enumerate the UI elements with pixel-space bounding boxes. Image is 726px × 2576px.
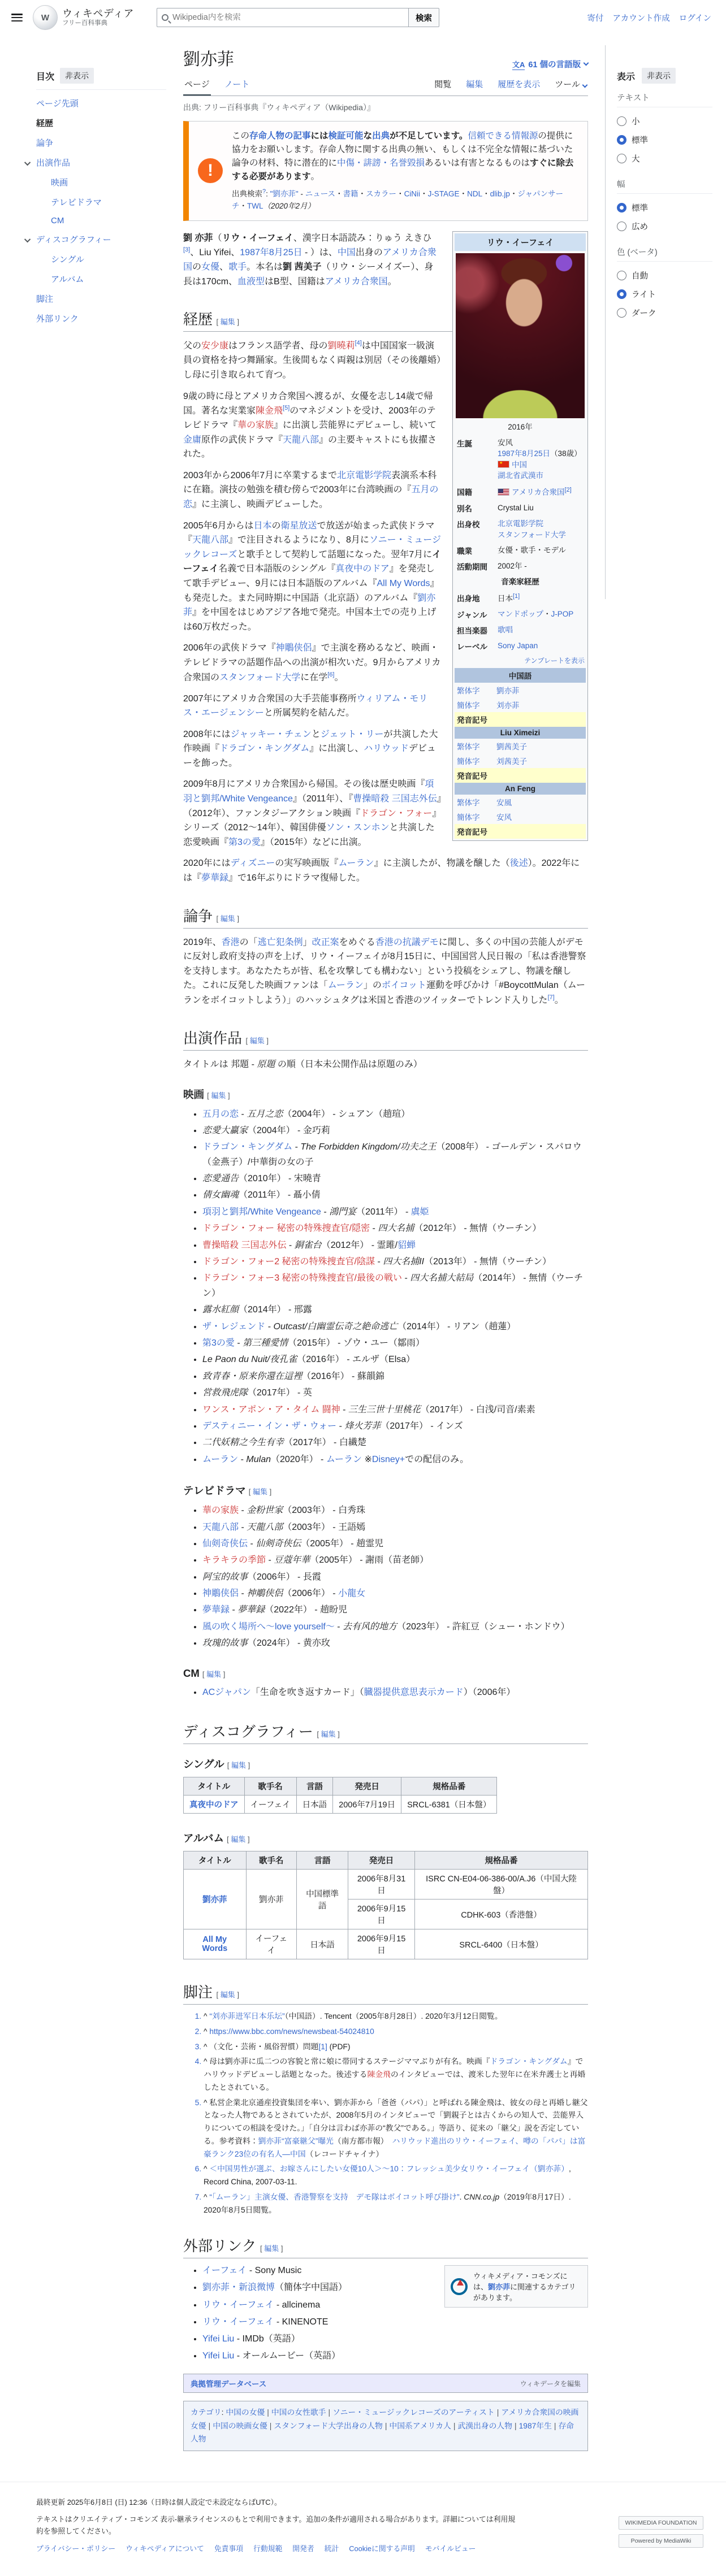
radio-button-icon[interactable] [617,271,626,280]
red-link[interactable]: 安少康 [201,341,228,351]
link[interactable]: 信頼できる情報源 [468,131,538,141]
link[interactable]: 改正案 [312,938,339,947]
infobox-label: 別名 [455,500,496,516]
user-links: 寄付 アカウント作成 ログイン [587,12,711,24]
edit-section-link[interactable]: 編集 [321,1730,336,1738]
section-heading-works: 出演作品 [ 編集 ] [183,1014,588,1051]
infobox-title: リウ・イーフェイ [455,233,586,251]
ref-marker[interactable]: [1] [513,593,520,600]
text: - [230,1605,237,1615]
toc-item-CM[interactable]: CM [36,212,166,229]
radio-option-標準[interactable]: 標準 [617,131,712,149]
infobox-value: 2002年 - [496,558,586,574]
link[interactable]: アメリカ合衆国 [512,488,565,497]
list-item: 恋愛通告（2010年） - 宋曉青 [202,1172,588,1186]
category-link[interactable]: 1987年生 [519,2422,552,2430]
text: 豆蔻年華 [274,1555,310,1565]
radio-button-icon[interactable] [617,289,626,299]
search-bar: 検索 [157,8,439,27]
toc-link[interactable]: 外部リンク [36,314,79,324]
link[interactable]: ムーラン [338,858,374,868]
tab-tools[interactable]: ツール [554,73,588,96]
toc-item-ページ先頭[interactable]: ページ先頭 [36,93,166,113]
link[interactable]: ザ・レジェンド [202,1322,265,1332]
article-tabs: ページ ノート 閲覧 編集 履歴を表示 ツール [183,73,588,96]
toc-link[interactable]: 映画 [51,178,68,188]
category-link[interactable]: 中国系アメリカ人 [389,2422,451,2430]
tab-history[interactable]: 履歴を表示 [496,73,541,96]
link[interactable]: 後述 [510,858,528,868]
edit-section-link[interactable]: 編集 [231,1835,245,1844]
infobox-value: Sony Japan [496,638,586,654]
text: - allcinema [274,2300,320,2310]
edit-section-link[interactable]: 編集 [221,914,235,923]
puzzle-globe-icon: W [33,5,58,30]
toc-link[interactable]: ディスコグラフィー [36,235,111,245]
red-link[interactable]: ワンス・アポン・ア・タイム 闘神 [202,1405,340,1415]
link[interactable]: スタンフォード大学 [498,531,566,539]
red-link[interactable]: ドラゴン・フォー2 秘密の特殊捜査官/陰謀 [202,1257,375,1267]
text: - [336,1421,344,1431]
link[interactable]: 仙剣奇侠伝 [202,1539,248,1549]
appearance-hide-button[interactable]: 非表示 [642,68,676,84]
link[interactable]: 日本 [254,521,272,531]
link[interactable]: 中国 [512,461,527,469]
link[interactable]: 風の吹く場所へ〜love yourself〜 [202,1622,335,1632]
link[interactable]: 小龍女 [338,1589,365,1598]
photo-caption: 2016年 [455,419,586,435]
link[interactable]: 出典 [372,131,390,141]
list-item: ドラゴン・キングダム - The Forbidden Kingdom/功夫之王（… [202,1140,588,1170]
separator: | [326,2408,332,2417]
link[interactable]: “「ムーラン」主演女優、香港警察を支持 デモ隊はボイコット呼び掛け” [209,2193,459,2201]
text: CNN.co.jp [464,2193,499,2201]
link[interactable]: Yifei Liu [202,2334,234,2344]
link[interactable]: 繁体字 [457,796,496,808]
radio-button-icon[interactable] [617,308,626,318]
toc-link[interactable]: テレビドラマ [51,198,102,207]
toc-link[interactable]: ページ先頭 [36,99,79,109]
link[interactable]: ムーラン [202,1455,238,1464]
toc-item-脚注[interactable]: 脚注 [36,289,166,309]
infobox-value: 安风1987年8月25日（38歳）中国湖北省武漢市 [496,435,586,484]
ref-marker[interactable]: [3] [183,246,190,253]
radio-option-自動[interactable]: 自動 [617,266,712,285]
link[interactable]: ACジャパン [202,1688,251,1697]
edit-section-link[interactable]: 編集 [206,1670,221,1679]
text: ・ [240,202,248,210]
link[interactable]: ドラゴン・キングダム [219,744,309,753]
link[interactable]: 香港の抗議デモ [375,938,439,947]
footer-link[interactable]: 統計 [325,2544,339,2553]
radio-button-icon[interactable] [617,154,626,163]
link[interactable]: ボイコット [382,981,426,990]
wikimedia-foundation-badge[interactable]: WIKIMEDIA FOUNDATION [619,2516,703,2530]
link[interactable]: リウ・イーフェイ [202,2317,274,2327]
link[interactable]: 繁体字 [457,740,496,752]
link[interactable]: 中傷・誹謗・名誉毀損 [337,158,425,168]
text: 2007年にアメリカ合衆国の大手芸能事務所 [183,694,356,704]
ref-marker[interactable]: [7] [548,994,555,1001]
tab-read[interactable]: 閲覧 [433,73,452,96]
link[interactable]: 項羽と劉邦/White Vengeance [202,1207,321,1217]
link[interactable]: 検証可能 [329,131,364,141]
link[interactable]: 曹操暗殺 三国志外伝 [353,794,437,804]
tab-page[interactable]: ページ [183,73,211,96]
toc-link[interactable]: 出演作品 [36,158,70,168]
toc-item-アルバム[interactable]: アルバム [36,269,166,289]
portrait-photo[interactable] [456,253,585,418]
text: （2017年） - 白浅/司音/素素 [421,1405,535,1415]
footer-link[interactable]: 行動規範 [253,2544,282,2553]
album-title-link[interactable]: 劉亦菲 [184,1870,247,1929]
hamburger-menu-icon[interactable] [11,14,23,21]
commons-box: ウィキメディア・コモンズには、劉亦菲に関連するカテゴリがあります。 [444,2265,588,2308]
singles-table: タイトル歌手名言語発売日規格品番 真夜中のドア イーフェイ 日本語 2006年7… [183,1777,497,1814]
link[interactable]: 簡体字 [457,699,496,710]
chevron-down-icon[interactable] [24,159,31,166]
link[interactable]: 北京電影学院 [498,519,543,528]
wikidata-edit-link[interactable]: ウィキデータを編集 [520,2379,581,2388]
donate-link[interactable]: 寄付 [587,12,603,24]
link[interactable]: J-STAGE [428,190,460,198]
footer-link[interactable]: プライバシー・ポリシー [36,2544,115,2553]
link[interactable]: 劉亦菲“富豪継父”曝光 [258,2137,334,2145]
red-link[interactable]: 陳金飛 [256,406,283,415]
link[interactable]: ディズニー [231,858,275,868]
categories-link[interactable]: カテゴリ [191,2408,222,2417]
link[interactable]: ソン・スンホン [326,823,390,832]
list-item: 阿宝的故事（2006年） - 長霞 [202,1570,588,1585]
album-title-link[interactable]: All My Words [184,1929,247,1959]
toc-item-テレビドラマ[interactable]: テレビドラマ [36,192,166,212]
text: - [238,1455,246,1464]
link[interactable]: 血液型 [237,277,265,287]
list-item: ^ “刘亦菲进军日本乐坛”（中国語）. Tencent（2005年8月28日）.… [204,2010,588,2023]
ref-marker[interactable]: [5] [283,405,289,411]
link[interactable]: 真夜中のドア [335,564,390,574]
text: 仙剣奇侠伝 [256,1539,301,1549]
radio-button-icon[interactable] [617,116,626,126]
infobox-label: 出身校 [455,516,496,543]
single-title-link[interactable]: 真夜中のドア [184,1796,245,1814]
link[interactable]: アメリカ合衆国 [325,277,388,287]
footer-link[interactable]: Cookieに関する声明 [349,2544,415,2553]
text: ^ [204,2193,209,2201]
text: 二代妖精之今生有幸 [202,1438,284,1447]
radio-option-小[interactable]: 小 [617,112,712,131]
radio-option-標準[interactable]: 標準 [617,198,712,217]
create-account-link[interactable]: アカウント作成 [612,12,669,24]
text: はB型、国籍は [265,277,325,287]
text: と所属契約を結んだ。 [264,708,355,718]
link[interactable]: 歌唱 [498,626,513,634]
link[interactable]: ニュース [305,190,335,198]
footer-link[interactable]: 開発者 [292,2544,314,2553]
red-link[interactable]: ドラゴン・フォー3 秘密の特殊捜査官/最後の戦い [202,1273,402,1283]
text: 五月之恋 [247,1109,283,1119]
edit-section-link[interactable]: 編集 [221,1990,235,1999]
link[interactable]: 書籍 [343,190,358,198]
link[interactable]: [1] [318,2042,327,2051]
link[interactable]: "劉亦菲" [270,190,299,198]
radio-option-広め[interactable]: 広め [617,217,712,236]
edit-section-link[interactable]: 編集 [231,1761,246,1770]
link[interactable]: ジェット・リー [321,730,384,739]
link[interactable]: 1987年 [240,248,269,258]
search-input[interactable] [172,13,404,22]
text: 名義で日本語版のシングル『 [218,564,335,574]
langbox-row: 繁体字安風 [455,795,586,809]
link[interactable]: 簡体字 [457,755,496,766]
radio-button-icon[interactable] [617,222,626,231]
infobox-row: 出身地日本[1] [455,590,586,606]
link[interactable]: 天龍八部 [192,535,228,545]
toc-link[interactable]: アルバム [51,275,84,284]
link[interactable]: All My Words [377,579,430,588]
toc-item-出演作品[interactable]: 出演作品 [36,153,166,172]
langbox-row: 簡体字刘茜美子 [455,753,586,768]
toc-hide-button[interactable]: 非表示 [60,68,94,84]
list-item: 第3の愛 - 第三種愛情（2015年） - ゾウ・ユー（鄒雨） [202,1336,588,1351]
link[interactable]: 歌手 [228,262,247,272]
list-item: ACジャパン「生命を吹き返すカード」（臓器提供意思表示カード）（2006年） [202,1685,588,1700]
phonetic-row: 発音記号 [455,768,586,783]
list-item: 恋愛大贏家（2004年） - 金巧莉 [202,1124,588,1138]
link[interactable]: 中国 [338,248,356,258]
appearance-group: 幅標準広め [617,178,712,236]
toc-item-映画[interactable]: 映画 [36,172,166,192]
page-title: 劉亦菲 [183,45,234,70]
ref-marker[interactable]: [2] [565,487,572,493]
link[interactable]: 五月の恋 [202,1109,239,1119]
text: （2011年） - 聶小倩 [239,1190,321,1200]
toc-link[interactable]: CM [51,216,64,225]
link[interactable]: 劉亦菲・新浪微博 [202,2283,275,2292]
tab-talk[interactable]: ノート [223,73,251,96]
link[interactable]: 夢華録 [201,873,228,883]
separator: | [206,2422,213,2430]
category-link[interactable]: 中国の女優 [226,2408,265,2417]
text: には [311,131,329,141]
section-heading-films: 映画 [ 編集 ] [183,1079,588,1103]
link[interactable]: 安風 [496,796,512,808]
link[interactable]: 夢華録 [202,1605,230,1615]
edit-section-link[interactable]: 編集 [264,2244,279,2253]
tab-edit[interactable]: 編集 [465,73,484,96]
link[interactable]: Yifei Liu [202,2351,234,2361]
text: - [239,1506,247,1515]
footer-link[interactable]: モバイルビュー [425,2544,476,2553]
edit-section-link[interactable]: 編集 [250,1037,265,1045]
category-link[interactable]: ソニー・ミュージックレコーズのアーティスト [332,2408,495,2417]
ref-marker[interactable]: [6] [327,671,334,678]
edit-section-link[interactable]: 編集 [253,1488,267,1496]
link[interactable]: 虞姫 [411,1207,429,1217]
red-link[interactable]: 曹操暗殺 三国志外伝 [202,1241,286,1250]
text: Crystal Liu [498,504,534,512]
link[interactable]: 天龍八部 [283,435,319,445]
link[interactable]: 女優 [201,262,219,272]
footer-link-item: ウィキペディアについて [126,2543,204,2553]
template-show-link[interactable]: テンプレートを表示 [524,657,585,665]
infobox-label: 生誕 [455,435,496,484]
wikipedia-logo[interactable]: W ウィキペディア フリー百科事典 [33,5,134,30]
text: ・ [335,190,343,198]
radio-label: 小 [632,115,640,127]
link[interactable]: J-POP [551,610,574,618]
list-item: 露水紅顔（2014年） - 邢露 [202,1303,588,1317]
link[interactable]: 第3の愛 [202,1338,235,1348]
red-link[interactable]: 華の家族 [202,1506,239,1515]
red-link[interactable]: 劉曉莉 [328,341,355,351]
footer-link-item: 免責事項 [214,2543,243,2553]
ref-marker[interactable]: [4] [355,340,362,346]
langbox-header: 中国語 [455,668,586,683]
link[interactable]: https://www.bbc.com/news/newsbeat-540248… [209,2027,374,2036]
link[interactable]: 刘亦菲 [496,699,520,710]
red-link[interactable]: キラキラの季節 [202,1555,266,1565]
link[interactable]: 繁体字 [457,684,496,696]
radio-option-大[interactable]: 大 [617,149,712,168]
text: 原作の武侠ドラマ『 [201,435,283,445]
link[interactable]: 金庸 [183,435,201,445]
link[interactable]: Disney+ [372,1455,405,1464]
text: この [232,131,249,141]
list-item: Yifei Liu - オールムービー（英語） [202,2348,588,2363]
text: Outcast/白幽霊伝奇之絶命逃亡 [274,1322,398,1332]
link[interactable]: 貂蝉 [397,1241,416,1250]
text: （2005年） - 趙霊児 [301,1539,383,1549]
link[interactable]: 簡体字 [457,811,496,822]
toc-link[interactable]: 脚注 [36,294,53,304]
toc-link[interactable]: 経歴 [36,119,53,128]
radio-button-icon[interactable] [617,135,626,145]
infobox-value: 女優・歌手・モデル [496,543,586,558]
link[interactable]: 神鵰侠侶 [276,643,312,653]
toc-item-ディスコグラフィー[interactable]: ディスコグラフィー [36,229,166,249]
link[interactable]: 劉亦菲 [488,2283,510,2291]
red-link[interactable]: ドラゴン・フォー [360,809,432,818]
list-item: 風の吹く場所へ〜love yourself〜 - 去有风的地方（2023年） -… [202,1620,588,1634]
link[interactable]: ＜中国男性が選ぶ、お嫁さんにしたい女優10人＞〜10：フレッシュ美少女リウ・イー… [209,2165,569,2173]
link[interactable]: 劉茜美子 [496,740,527,752]
text: 三生三世十里桃花 [348,1405,421,1415]
link[interactable]: スタンフォード大学 [219,673,300,682]
text: 2020年には [183,858,231,868]
link[interactable]: TWL [247,202,263,210]
radio-button-icon[interactable] [617,203,626,213]
link[interactable]: 1987年8月25日 [498,449,550,458]
link[interactable]: リウ・イーフェイ [202,2300,274,2310]
link[interactable]: 湖北省武漢市 [498,471,543,480]
mediawiki-badge[interactable]: Powered by MediaWiki [619,2534,703,2548]
text: （中国語）. Tencent（2005年8月28日）. 2020年3月12日閲覧… [285,2012,503,2020]
footer-link[interactable]: 免責事項 [214,2544,243,2553]
link[interactable]: Sony Japan [498,641,538,650]
link[interactable]: 8月25日 [269,248,302,258]
search-button[interactable]: 検索 [408,8,439,27]
link[interactable]: dlib.jp [490,190,510,198]
text: （2014年） - リアン（趙蓮） [397,1322,516,1332]
toc-item-外部リンク[interactable]: 外部リンク [36,309,166,328]
toc-link[interactable]: シングル [51,255,84,264]
chevron-down-icon[interactable] [24,236,31,242]
link[interactable]: 第3の愛 [228,838,261,847]
link[interactable]: “刘亦菲进军日本乐坛” [209,2012,284,2020]
toc-item-論争[interactable]: 論争 [36,133,166,153]
footer-link-item: プライバシー・ポリシー [36,2543,115,2553]
link[interactable]: ドラゴン・キングダム [202,1142,292,1152]
link[interactable]: 刘茜美子 [496,755,527,766]
category-link[interactable]: 武漢出身の人物 [457,2422,512,2430]
login-link[interactable]: ログイン [679,12,711,24]
link[interactable]: 神鵰侠侶 [202,1589,239,1598]
text: ・ [543,610,551,618]
footer-link[interactable]: ウィキペディアについて [126,2544,204,2553]
link[interactable]: ムーラン [328,981,364,990]
category-link[interactable]: スタンフォード大学出身の人物 [274,2422,382,2430]
language-versions-button[interactable]: 文A 61 個の言語版 [512,58,588,70]
infobox-row: 生誕安风1987年8月25日（38歳）中国湖北省武漢市 [455,435,586,484]
link[interactable]: 香港 [222,938,240,947]
link[interactable]: ハリウッド [364,744,409,753]
chevron-down-icon [582,83,588,88]
category-link[interactable]: 中国の映画女優 [213,2422,267,2430]
category-link[interactable]: 中国の女性歌手 [271,2408,326,2417]
link[interactable]: 逃亡犯条例 [258,938,303,947]
text: ・ [482,190,490,198]
text: （2010年） - 宋曉青 [239,1174,321,1183]
text: Mulan [246,1455,271,1464]
edit-section-link[interactable]: 編集 [211,1091,226,1100]
link[interactable]: イーフェイ [202,2266,247,2275]
link[interactable]: 安风 [496,811,512,822]
toc-item-経歴[interactable]: 経歴 [36,113,166,133]
link[interactable]: 北京電影学院 [337,471,391,480]
red-link[interactable]: ドラゴン・フォー 秘密の特殊捜査官/隠密 [202,1224,370,1233]
red-link[interactable]: 華の家族 [237,420,274,430]
link[interactable]: 天龍八部 [202,1523,239,1532]
link[interactable]: NDL [467,190,482,198]
radio-option-ライト[interactable]: ライト [617,285,712,303]
link[interactable]: マンドポップ [498,610,543,618]
text: 2003年から2006年7月に卒業するまで [183,471,337,480]
link[interactable]: デスティニー・イン・ザ・ウォー [202,1421,336,1431]
link[interactable]: CiNii [404,190,421,198]
text: ・ [420,190,428,198]
authority-control-link[interactable]: 典拠管理データベース [191,2378,266,2389]
text: 、 [219,262,228,272]
edit-section-link[interactable]: 編集 [221,318,235,326]
text: （2003年） - 王語嫣 [283,1523,365,1532]
link[interactable]: ジャッキー・チェン [231,730,312,739]
red-link[interactable]: 陳金飛 [367,2070,390,2079]
warning-icon: ! [198,158,223,183]
link[interactable]: 存命人物の記事 [249,131,311,141]
toc-link[interactable]: 論争 [36,138,53,148]
link[interactable]: スカラー [366,190,396,198]
link[interactable]: 衛星放送 [281,521,317,531]
toc-item-シングル[interactable]: シングル [36,249,166,269]
link[interactable]: ムーラン [326,1455,362,1464]
link[interactable]: 劉亦菲 [496,684,520,696]
radio-option-ダーク[interactable]: ダーク [617,303,712,322]
link[interactable]: ドラゴン・キングダム [490,2057,567,2066]
infobox-label: 国籍 [455,484,496,500]
link[interactable]: 臓器提供意思表示カード [364,1688,464,1697]
text: （38歳） [550,449,582,458]
